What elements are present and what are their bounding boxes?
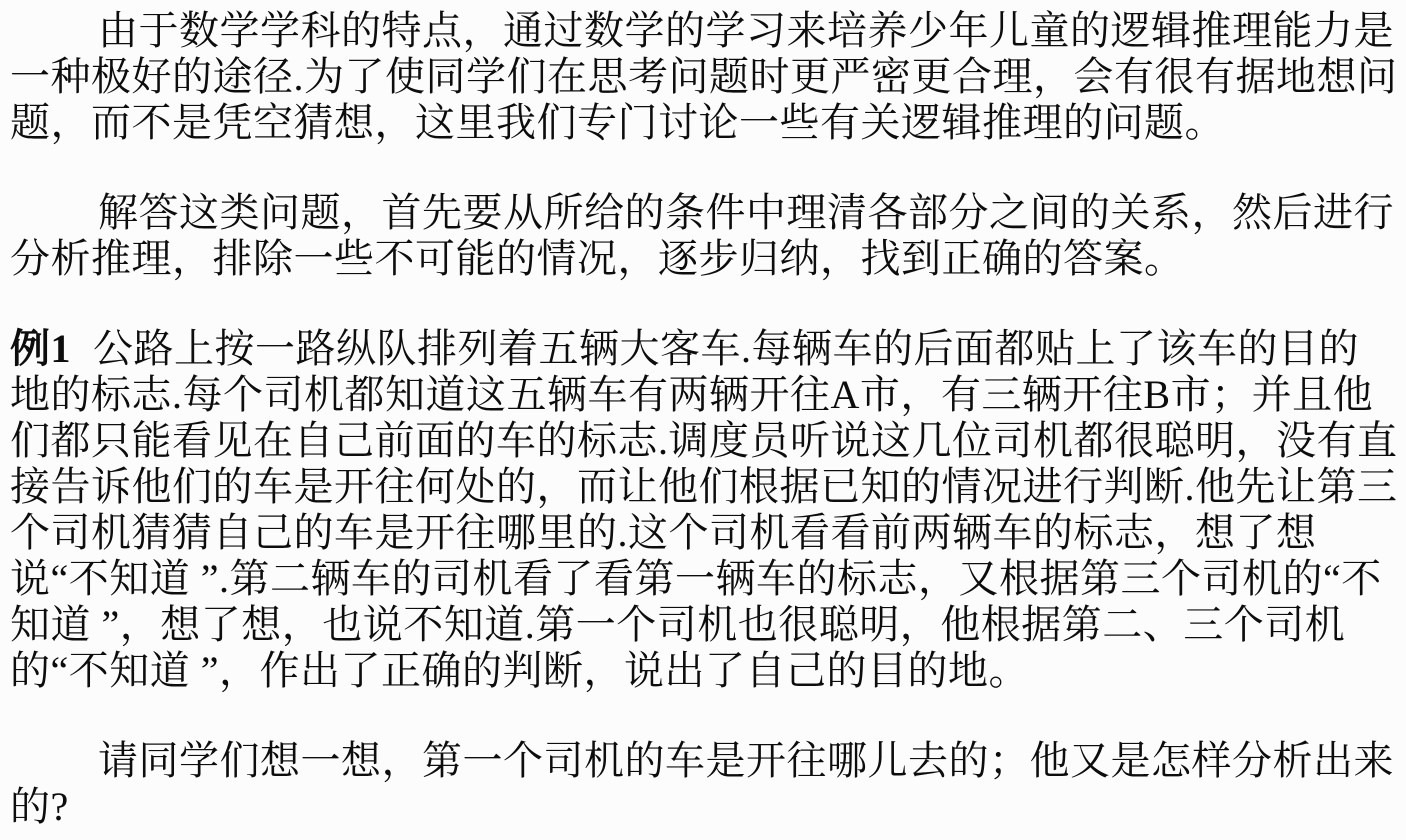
question-paragraph: 请同学们想一想，第一个司机的车是开往哪儿去的；他又是怎样分析出来的? [10,738,1398,830]
intro-paragraph: 由于数学学科的特点，通过数学的学习来培养少年儿童的逻辑推理能力是一种极好的途径.… [10,8,1398,146]
method-paragraph: 解答这类问题，首先要从所给的条件中理清各部分之间的关系，然后进行分析推理，排除一… [10,190,1398,282]
example-paragraph: 例1公路上按一路纵队排列着五辆大客车.每辆车的后面都贴上了该车的目的地的标志.每… [10,326,1398,694]
example-text: 公路上按一路纵队排列着五辆大客车.每辆车的后面都贴上了该车的目的地的标志.每个司… [10,326,1398,693]
example-label: 例1 [10,326,71,371]
document-page: 由于数学学科的特点，通过数学的学习来培养少年儿童的逻辑推理能力是一种极好的途径.… [0,0,1406,840]
